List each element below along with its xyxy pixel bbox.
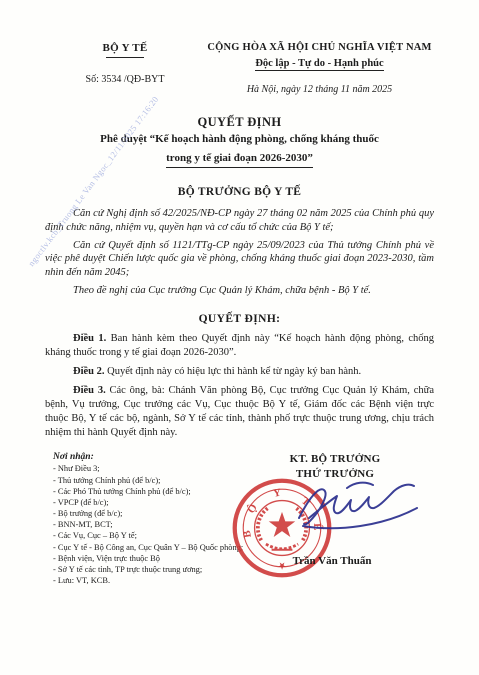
issuing-authority: BỘ TRƯỞNG BỘ Y TẾ [45,186,434,198]
signature-scrawl [293,478,423,534]
recipient-item: - VPCP (để b/c); [53,497,253,508]
seal-star [269,512,295,537]
document-footer: Nơi nhận: - Như Điều 3; - Thủ tướng Chín… [45,452,434,667]
citation-paragraph: Theo đề nghị của Cục trưởng Cục Quản lý … [45,284,434,298]
place-and-date: Hà Nội, ngày 12 tháng 11 năm 2025 [205,84,434,95]
article-3: Điều 3. Các ông, bà: Chánh Văn phòng Bộ,… [45,384,434,440]
national-header-block: CỘNG HÒA XÃ HỘI CHỦ NGHĨA VIỆT NAM Độc l… [205,42,434,95]
decision-heading: QUYẾT ĐỊNH: [45,313,434,325]
article-3-label: Điều 3. [73,385,106,396]
document-kind: QUYẾT ĐỊNH [45,114,434,130]
recipient-item: - Thủ tướng Chính phủ (để b/c); [53,475,253,486]
decision-document-page: ngoctlv.kcb_Truong Le Van Ngoc_12/11/202… [0,0,479,675]
recipient-item: - BNN-MT, BCT; [53,519,253,530]
citation-paragraph: Căn cứ Nghị định số 42/2025/NĐ-CP ngày 2… [45,207,434,235]
national-title: CỘNG HÒA XÃ HỘI CHỦ NGHĨA VIỆT NAM [205,42,434,53]
recipient-item: - Như Điều 3; [53,463,253,474]
article-1-label: Điều 1. [73,333,106,344]
articles-section: Điều 1. Ban hành kèm theo Quyết định này… [45,332,434,440]
signer-name: Trần Văn Thuấn [257,555,407,567]
recipients-list: - Như Điều 3; - Thủ tướng Chính phủ (để … [53,463,253,586]
recipient-item: - Lưu: VT, KCB. [53,575,253,586]
recipient-item: - Các Phó Thủ tướng Chính phủ (để b/c); [53,486,253,497]
document-title-block: QUYẾT ĐỊNH Phê duyệt “Kế hoạch hành động… [45,114,434,168]
document-subject-line2: trong y tế giai đoạn 2026-2030” [166,151,313,168]
recipient-item: - Bộ trưởng (để b/c); [53,508,253,519]
recipient-item: - Bệnh viện, Viện trực thuộc Bộ [53,553,253,564]
document-subject-line1: Phê duyệt “Kế hoạch hành động phòng, chố… [45,132,434,146]
citation-paragraph: Căn cứ Quyết định số 1121/TTg-CP ngày 25… [45,239,434,281]
document-header: BỘ Y TẾ Số: 3534 /QĐ-BYT CỘNG HÒA XÃ HỘI… [45,42,434,95]
article-2: Điều 2. Quyết định này có hiệu lực thi h… [45,365,434,379]
seal-letter: Y [272,487,282,500]
recipients-block: Nơi nhận: - Như Điều 3; - Thủ tướng Chín… [53,452,253,586]
article-2-label: Điều 2. [73,366,105,377]
issuing-org-block: BỘ Y TẾ Số: 3534 /QĐ-BYT [45,42,205,95]
article-1: Điều 1. Ban hành kèm theo Quyết định này… [45,332,434,360]
national-motto: Độc lập - Tự do - Hạnh phúc [255,58,383,71]
recipient-item: - Sở Y tế các tỉnh, TP trực thuộc trung … [53,564,253,575]
document-number: Số: 3534 /QĐ-BYT [45,74,205,85]
recipients-label: Nơi nhận: [53,452,253,462]
recipient-item: - Cục Y tế - Bộ Công an, Cục Quân Y – Bộ… [53,542,253,553]
recipient-item: - Các Vụ, Cục – Bộ Y tế; [53,530,253,541]
signature-title-line1: KT. BỘ TRƯỞNG [260,452,410,467]
org-underline [106,57,144,58]
citations-section: Căn cứ Nghị định số 42/2025/NĐ-CP ngày 2… [45,207,434,298]
issuing-org-name: BỘ Y TẾ [45,42,205,54]
article-2-text: Quyết định này có hiệu lực thi hành kể t… [105,366,362,377]
seal-letter: Ộ [244,502,260,516]
